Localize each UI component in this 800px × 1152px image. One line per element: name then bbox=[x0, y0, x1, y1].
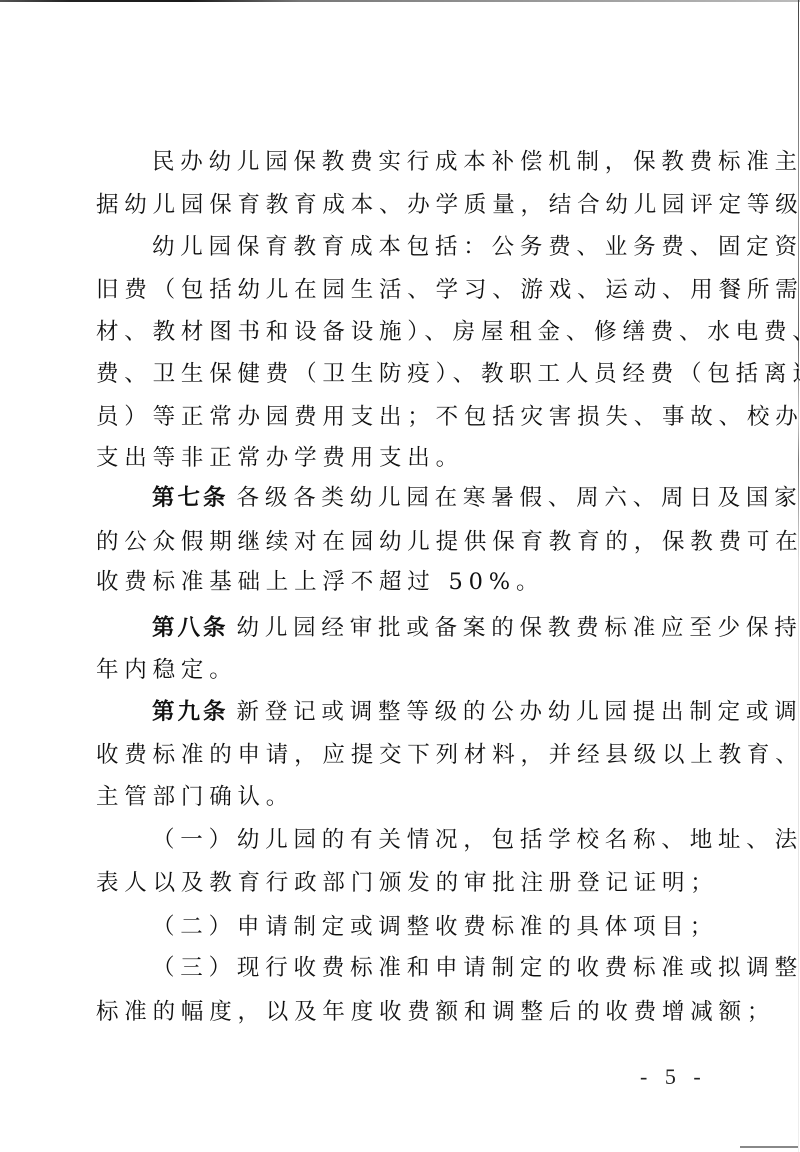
paragraph-2-line-3: 材、教材图书和设备设施）、房屋租金、修缮费、水电费、取暖 bbox=[96, 317, 800, 347]
scan-border-bottom bbox=[740, 1146, 798, 1148]
scan-border-top bbox=[0, 0, 800, 2]
article-8-line-1: 第八条幼儿园经审批或备案的保教费标准应至少保持学 bbox=[152, 613, 800, 643]
article-9-text: 新登记或调整等级的公办幼儿园提出制定或调整 bbox=[237, 699, 800, 725]
paragraph-2-line-6: 支出等非正常办学费用支出。 bbox=[96, 443, 464, 473]
paragraph-1-line-2: 据幼儿园保育教育成本、办学质量，结合幼儿园评定等级确定。 bbox=[96, 190, 800, 220]
article-9-line-3: 主管部门确认。 bbox=[96, 782, 294, 812]
article-7-line-2: 的公众假期继续对在园幼儿提供保育教育的，保教费可在平时 bbox=[96, 527, 800, 557]
article-7-heading: 第七条 bbox=[152, 485, 229, 511]
article-8-heading: 第八条 bbox=[152, 615, 229, 641]
paragraph-2-line-4: 费、卫生保健费（卫生防疫）、教职工人员经费（包括离退休人 bbox=[96, 359, 800, 389]
paragraph-2-line-5: 员）等正常办园费用支出；不包括灾害损失、事故、校办产业 bbox=[96, 402, 800, 432]
article-7-line-1: 第七条各级各类幼儿园在寒暑假、周六、周日及国家规定 bbox=[152, 483, 800, 513]
article-7-text: 各级各类幼儿园在寒暑假、周六、周日及国家规定 bbox=[237, 485, 800, 511]
item-1-line-1: （一）幼儿园的有关情况，包括学校名称、地址、法定代 bbox=[152, 825, 800, 855]
paragraph-2-line-1: 幼儿园保育教育成本包括：公务费、业务费、固定资产折 bbox=[152, 232, 800, 262]
article-7-line-3: 收费标准基础上上浮不超过 50%。 bbox=[96, 567, 544, 597]
paragraph-1-line-1: 民办幼儿园保教费实行成本补偿机制，保教费标准主要根 bbox=[152, 147, 800, 177]
item-2-line-1: （二）申请制定或调整收费标准的具体项目； bbox=[152, 912, 718, 942]
item-3-line-1: （三）现行收费标准和申请制定的收费标准或拟调整收费 bbox=[152, 953, 800, 983]
paragraph-2-line-2: 旧费（包括幼儿在园生活、学习、游戏、运动、用餐所需的器 bbox=[96, 275, 800, 305]
article-9-line-1: 第九条新登记或调整等级的公办幼儿园提出制定或调整 bbox=[152, 697, 800, 727]
page-number: - 5 - bbox=[640, 1064, 707, 1090]
article-9-heading: 第九条 bbox=[152, 699, 229, 725]
item-1-line-2: 表人以及教育行政部门颁发的审批注册登记证明； bbox=[96, 868, 719, 898]
article-8-line-2: 年内稳定。 bbox=[96, 655, 238, 685]
article-9-line-2: 收费标准的申请，应提交下列材料，并经县级以上教育、价格 bbox=[96, 740, 800, 770]
item-3-line-2: 标准的幅度，以及年度收费额和调整后的收费增减额； bbox=[96, 997, 775, 1027]
article-8-text: 幼儿园经审批或备案的保教费标准应至少保持学 bbox=[237, 615, 800, 641]
